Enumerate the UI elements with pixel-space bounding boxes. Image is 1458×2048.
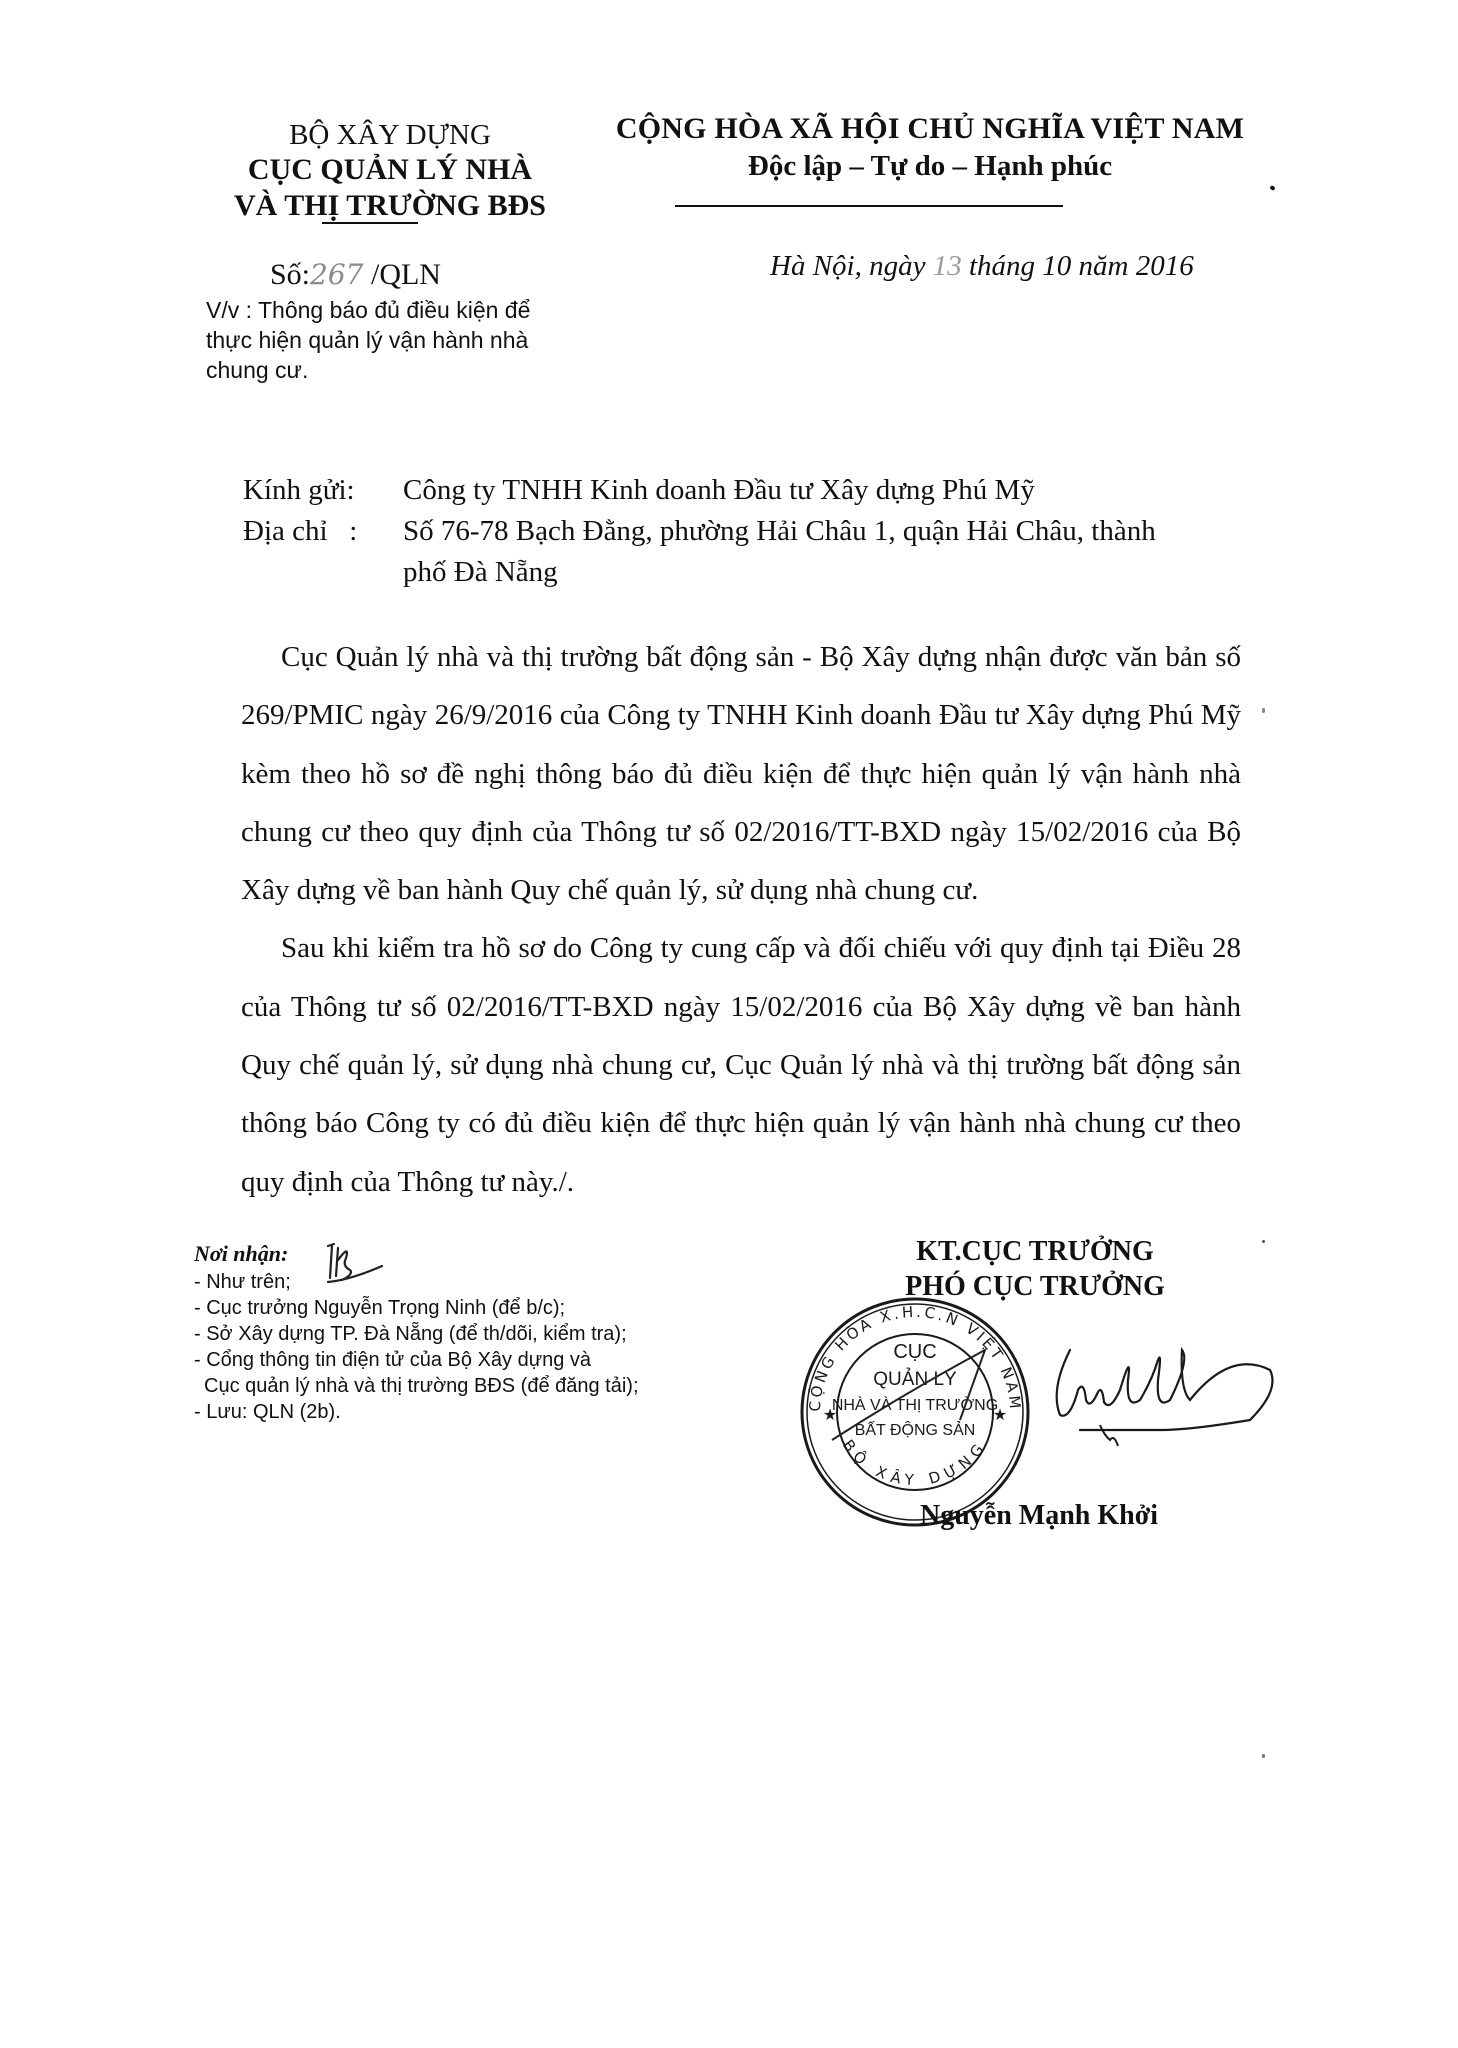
distribution-item: Cục quản lý nhà và thị trường BĐS (để đă… [194, 1373, 639, 1399]
body-paragraph: Sau khi kiểm tra hồ sơ do Công ty cung c… [241, 919, 1241, 1210]
distribution-item: - Như trên; [194, 1269, 639, 1295]
scan-speck [1262, 1240, 1265, 1243]
to-value: Công ty TNHH Kinh doanh Đầu tư Xây dựng … [403, 470, 1203, 511]
national-header: CỘNG HÒA XÃ HỘI CHỦ NGHĨA VIỆT NAM Độc l… [560, 110, 1300, 186]
ministry-name: BỘ XÂY DỰNG [180, 118, 600, 152]
distribution-title: Nơi nhận: [194, 1240, 639, 1269]
distribution-item: - Lưu: QLN (2b). [194, 1399, 639, 1425]
scan-speck [1262, 708, 1265, 713]
svg-text:BẤT ĐỘNG SẢN: BẤT ĐỘNG SẢN [855, 1420, 976, 1439]
national-motto: Độc lập – Tự do – Hạnh phúc [560, 148, 1300, 185]
place-and-date: Hà Nội, ngày 13 tháng 10 năm 2016 [770, 250, 1194, 283]
distribution-list: Nơi nhận: - Như trên; - Cục trưởng Nguyễ… [194, 1240, 639, 1425]
subject-label: V/v : [206, 297, 252, 323]
nation-title: CỘNG HÒA XÃ HỘI CHỦ NGHĨA VIỆT NAM [560, 110, 1300, 148]
date-prefix: Hà Nội, ngày [770, 250, 933, 282]
letter-body: Cục Quản lý nhà và thị trường bất động s… [241, 628, 1241, 1211]
svg-text:BỘ XÂY DỰNG: BỘ XÂY DỰNG [839, 1436, 991, 1489]
distribution-item: - Sở Xây dựng TP. Đà Nẵng (để th/dõi, ki… [194, 1321, 639, 1347]
scan-speck [1269, 185, 1275, 191]
svg-text:NHÀ VÀ THỊ TRƯỜNG: NHÀ VÀ THỊ TRƯỜNG [832, 1395, 998, 1414]
document-number-suffix: /QLN [363, 258, 441, 291]
subject-line: V/v : Thông báo đủ điều kiện để thực hiệ… [206, 296, 576, 386]
date-suffix: tháng 10 năm 2016 [962, 250, 1194, 282]
initials-mark-icon [320, 1240, 390, 1290]
header-divider-right [675, 205, 1063, 207]
handwritten-signature-icon [1040, 1330, 1300, 1460]
address-value: Số 76-78 Bạch Đằng, phường Hải Châu 1, q… [403, 511, 1163, 593]
signer-name: Nguyễn Mạnh Khởi [920, 1500, 1158, 1532]
document-number-prefix: Số: [270, 258, 310, 291]
recipient-block: Kính gửi: Công ty TNHH Kinh doanh Đầu tư… [243, 470, 1203, 594]
department-name-line2: VÀ THỊ TRƯỜNG BĐS [180, 188, 600, 223]
address-label: Địa chỉ : [243, 511, 403, 593]
scan-speck [1262, 1754, 1265, 1758]
distribution-item: - Cục trưởng Nguyễn Trọng Ninh (để b/c); [194, 1295, 639, 1321]
handwritten-day: 13 [933, 250, 962, 282]
distribution-item: - Cổng thông tin điện tử của Bộ Xây dựng… [194, 1347, 639, 1373]
body-paragraph: Cục Quản lý nhà và thị trường bất động s… [241, 628, 1241, 919]
issuing-authority: BỘ XÂY DỰNG CỤC QUẢN LÝ NHÀ VÀ THỊ TRƯỜN… [180, 118, 600, 223]
document-number: Số:267 /QLN [270, 258, 441, 292]
svg-text:CỤC: CỤC [893, 1341, 936, 1363]
subject-text: Thông báo đủ điều kiện để thực hiện quản… [206, 297, 530, 383]
header-divider-left [322, 222, 418, 224]
to-label: Kính gửi: [243, 470, 403, 511]
signer-authority: KT.CỤC TRƯỞNG [870, 1234, 1200, 1269]
official-stamp-icon: CỘNG HÒA X.H.C.N VIỆT NAM BỘ XÂY DỰNG ★ … [790, 1290, 1040, 1530]
department-name-line1: CỤC QUẢN LÝ NHÀ [180, 152, 600, 187]
handwritten-number: 267 [310, 258, 363, 291]
